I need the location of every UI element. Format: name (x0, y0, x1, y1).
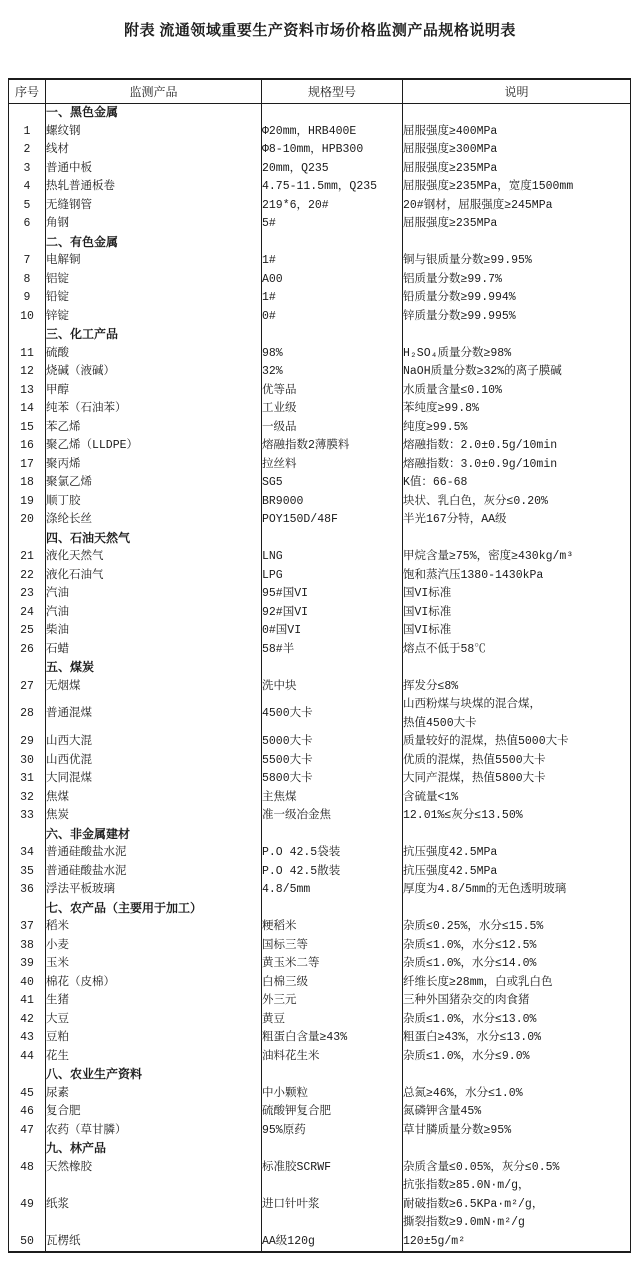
row-no (9, 530, 46, 549)
product-name: 汽油 (46, 585, 262, 604)
product-name: 豆粕 (46, 1029, 262, 1048)
desc-text: 12.01%≤灰分≤13.50% (403, 807, 631, 826)
product-row: 1螺纹钢Φ20mm，HRB400E屈服强度≥400MPa (9, 123, 631, 142)
desc-text: 熔融指数：2.0±0.5g/10min (403, 437, 631, 456)
desc-text: 半光167分特，AA级 (403, 511, 631, 530)
product-name: 普通硅酸盐水泥 (46, 863, 262, 882)
spec-value: 32% (262, 363, 403, 382)
spec-value: 白棉三级 (262, 974, 403, 993)
product-name: 涤纶长丝 (46, 511, 262, 530)
product-row: 44花生油料花生米杂质≤1.0%，水分≤9.0% (9, 1048, 631, 1067)
spec-value: 优等品 (262, 382, 403, 401)
desc-text: 杂质≤1.0%，水分≤12.5% (403, 937, 631, 956)
product-row: 27无烟煤洗中块挥发分≤8% (9, 678, 631, 697)
product-row: 29山西大混5000大卡质量较好的混煤，热值5000大卡 (9, 733, 631, 752)
row-no: 48 (9, 1159, 46, 1178)
desc-text: 饱和蒸汽压1380-1430kPa (403, 567, 631, 586)
spec-value: 0#国VI (262, 622, 403, 641)
product-row: 47农药（草甘膦）95%原药草甘膦质量分数≥95% (9, 1122, 631, 1141)
desc-text: 纯度≥99.5% (403, 419, 631, 438)
section-label: 九、林产品 (46, 1140, 262, 1159)
spec-cell (262, 1140, 403, 1159)
product-row: 6角钢5#屈服强度≥235MPa (9, 215, 631, 234)
product-row: 12烧碱（液碱）32%NaOH质量分数≥32%的离子膜碱 (9, 363, 631, 382)
product-row: 33焦炭准一级冶金焦12.01%≤灰分≤13.50% (9, 807, 631, 826)
row-no: 46 (9, 1103, 46, 1122)
spec-value: AA级120g (262, 1233, 403, 1253)
spec-value: LPG (262, 567, 403, 586)
spec-value: 219*6，20# (262, 197, 403, 216)
product-row: 34普通硅酸盐水泥P.O 42.5袋装抗压强度42.5MPa (9, 844, 631, 863)
product-name: 甲醇 (46, 382, 262, 401)
product-row: 8铝锭A00铝质量分数≥99.7% (9, 271, 631, 290)
product-row: 18聚氯乙烯SG5K值：66-68 (9, 474, 631, 493)
row-no: 10 (9, 308, 46, 327)
product-row: 15苯乙烯一级品纯度≥99.5% (9, 419, 631, 438)
section-row: 七、农产品（主要用于加工） (9, 900, 631, 919)
product-row: 42大豆黄豆杂质≤1.0%，水分≤13.0% (9, 1011, 631, 1030)
product-row: 50瓦楞纸AA级120g120±5g/m² (9, 1233, 631, 1253)
product-name: 柴油 (46, 622, 262, 641)
product-name: 聚丙烯 (46, 456, 262, 475)
row-no: 18 (9, 474, 46, 493)
spec-value: POY150D/48F (262, 511, 403, 530)
desc-text: 厚度为4.8/5mm的无色透明玻璃 (403, 881, 631, 900)
product-row: 41生猪外三元三种外国猪杂交的肉食猪 (9, 992, 631, 1011)
product-name: 液化石油气 (46, 567, 262, 586)
row-no: 13 (9, 382, 46, 401)
product-row: 20涤纶长丝POY150D/48F半光167分特，AA级 (9, 511, 631, 530)
desc-text: 山西粉煤与块煤的混合煤， 热值4500大卡 (403, 696, 631, 733)
table-body: 一、黑色金属1螺纹钢Φ20mm，HRB400E屈服强度≥400MPa2线材Φ8-… (9, 104, 631, 1253)
product-row: 11硫酸98%H₂SO₄质量分数≥98% (9, 345, 631, 364)
spec-value: 粗蛋白含量≥43% (262, 1029, 403, 1048)
product-name: 锌锭 (46, 308, 262, 327)
section-row: 一、黑色金属 (9, 104, 631, 123)
section-row: 八、农业生产资料 (9, 1066, 631, 1085)
row-no: 12 (9, 363, 46, 382)
spec-value: 5800大卡 (262, 770, 403, 789)
spec-value: 进口针叶浆 (262, 1177, 403, 1233)
desc-text: 抗张指数≥85.0N·m/g， 耐破指数≥6.5KPa·m²/g， 撕裂指数≥9… (403, 1177, 631, 1233)
spec-value: 标准胶SCRWF (262, 1159, 403, 1178)
desc-text: 挥发分≤8% (403, 678, 631, 697)
desc-text: 锌质量分数≥99.995% (403, 308, 631, 327)
desc-text: 杂质≤1.0%，水分≤9.0% (403, 1048, 631, 1067)
product-row: 13甲醇优等品水质量含量≤0.10% (9, 382, 631, 401)
product-name: 玉米 (46, 955, 262, 974)
row-no: 3 (9, 160, 46, 179)
desc-text: 杂质≤1.0%，水分≤13.0% (403, 1011, 631, 1030)
row-no: 1 (9, 123, 46, 142)
desc-cell (403, 326, 631, 345)
row-no: 11 (9, 345, 46, 364)
row-no: 14 (9, 400, 46, 419)
section-label: 五、煤炭 (46, 659, 262, 678)
product-name: 聚乙烯（LLDPE） (46, 437, 262, 456)
desc-text: H₂SO₄质量分数≥98% (403, 345, 631, 364)
product-name: 小麦 (46, 937, 262, 956)
product-row: 39玉米黄玉米二等杂质≤1.0%，水分≤14.0% (9, 955, 631, 974)
col-header-product: 监测产品 (46, 79, 262, 104)
product-name: 生猪 (46, 992, 262, 1011)
row-no: 34 (9, 844, 46, 863)
spec-table: 序号 监测产品 规格型号 说明 一、黑色金属1螺纹钢Φ20mm，HRB400E屈… (8, 78, 631, 1253)
product-row: 40棉花（皮棉）白棉三级纤维长度≥28mm，白或乳白色 (9, 974, 631, 993)
desc-cell (403, 234, 631, 253)
spec-cell (262, 1066, 403, 1085)
spec-value: BR9000 (262, 493, 403, 512)
row-no: 20 (9, 511, 46, 530)
product-row: 43豆粕粗蛋白含量≥43%粗蛋白≥43%，水分≤13.0% (9, 1029, 631, 1048)
spec-value: P.O 42.5散装 (262, 863, 403, 882)
product-row: 21液化天然气LNG甲烷含量≥75%，密度≥430kg/m³ (9, 548, 631, 567)
desc-cell (403, 530, 631, 549)
spec-value: 92#国VI (262, 604, 403, 623)
row-no: 39 (9, 955, 46, 974)
desc-text: 质量较好的混煤，热值5000大卡 (403, 733, 631, 752)
row-no: 44 (9, 1048, 46, 1067)
product-name: 大豆 (46, 1011, 262, 1030)
spec-value: 98% (262, 345, 403, 364)
section-row: 九、林产品 (9, 1140, 631, 1159)
product-name: 石蜡 (46, 641, 262, 660)
desc-cell (403, 1066, 631, 1085)
section-label: 八、农业生产资料 (46, 1066, 262, 1085)
product-row: 4热轧普通板卷4.75-11.5mm，Q235屈服强度≥235MPa，宽度150… (9, 178, 631, 197)
desc-text: 纤维长度≥28mm，白或乳白色 (403, 974, 631, 993)
product-row: 31大同混煤5800大卡大同产混煤，热值5800大卡 (9, 770, 631, 789)
row-no: 21 (9, 548, 46, 567)
product-name: 苯乙烯 (46, 419, 262, 438)
spec-value: 5000大卡 (262, 733, 403, 752)
section-label: 一、黑色金属 (46, 104, 262, 123)
product-name: 山西大混 (46, 733, 262, 752)
product-row: 10锌锭0#锌质量分数≥99.995% (9, 308, 631, 327)
row-no: 35 (9, 863, 46, 882)
spec-value: 1# (262, 289, 403, 308)
desc-text: 草甘膦质量分数≥95% (403, 1122, 631, 1141)
row-no (9, 326, 46, 345)
product-row: 22液化石油气LPG饱和蒸汽压1380-1430kPa (9, 567, 631, 586)
product-row: 19顺丁胶BR9000块状、乳白色，灰分≤0.20% (9, 493, 631, 512)
product-row: 9铅锭1#铅质量分数≥99.994% (9, 289, 631, 308)
product-row: 24汽油92#国VI国VI标准 (9, 604, 631, 623)
product-row: 17聚丙烯拉丝料熔融指数：3.0±0.9g/10min (9, 456, 631, 475)
row-no: 5 (9, 197, 46, 216)
product-name: 天然橡胶 (46, 1159, 262, 1178)
spec-value: 油料花生米 (262, 1048, 403, 1067)
product-name: 线材 (46, 141, 262, 160)
row-no: 38 (9, 937, 46, 956)
desc-text: 屈服强度≥400MPa (403, 123, 631, 142)
spec-value: Φ8-10mm，HPB300 (262, 141, 403, 160)
desc-text: 大同产混煤，热值5800大卡 (403, 770, 631, 789)
row-no: 7 (9, 252, 46, 271)
product-name: 瓦楞纸 (46, 1233, 262, 1253)
desc-text: 铝质量分数≥99.7% (403, 271, 631, 290)
product-name: 铝锭 (46, 271, 262, 290)
col-header-spec: 规格型号 (262, 79, 403, 104)
product-row: 45尿素中小颗粒总氮≥46%，水分≤1.0% (9, 1085, 631, 1104)
desc-text: 杂质≤0.25%，水分≤15.5% (403, 918, 631, 937)
section-row: 五、煤炭 (9, 659, 631, 678)
row-no: 17 (9, 456, 46, 475)
section-row: 四、石油天然气 (9, 530, 631, 549)
spec-value: 0# (262, 308, 403, 327)
row-no: 40 (9, 974, 46, 993)
row-no: 30 (9, 752, 46, 771)
spec-value: 拉丝料 (262, 456, 403, 475)
desc-text: 国VI标准 (403, 604, 631, 623)
spec-value: 黄豆 (262, 1011, 403, 1030)
desc-text: 粗蛋白≥43%，水分≤13.0% (403, 1029, 631, 1048)
spec-value: SG5 (262, 474, 403, 493)
row-no: 25 (9, 622, 46, 641)
desc-text: 优质的混煤，热值5500大卡 (403, 752, 631, 771)
row-no: 36 (9, 881, 46, 900)
table-header-row: 序号 监测产品 规格型号 说明 (9, 79, 631, 104)
desc-text: 苯纯度≥99.8% (403, 400, 631, 419)
row-no (9, 1140, 46, 1159)
desc-cell (403, 826, 631, 845)
desc-cell (403, 900, 631, 919)
product-name: 纸浆 (46, 1177, 262, 1233)
spec-value: 58#半 (262, 641, 403, 660)
product-name: 尿素 (46, 1085, 262, 1104)
spec-value: 20mm，Q235 (262, 160, 403, 179)
desc-text: 氮磷钾含量45% (403, 1103, 631, 1122)
spec-cell (262, 326, 403, 345)
desc-text: 屈服强度≥235MPa，宽度1500mm (403, 178, 631, 197)
product-row: 46复合肥硫酸钾复合肥氮磷钾含量45% (9, 1103, 631, 1122)
desc-cell (403, 1140, 631, 1159)
document-page: 附表 流通领域重要生产资料市场价格监测产品规格说明表 序号 监测产品 规格型号 … (0, 0, 640, 1280)
product-row: 36浮法平板玻璃4.8/5mm厚度为4.8/5mm的无色透明玻璃 (9, 881, 631, 900)
row-no: 8 (9, 271, 46, 290)
spec-value: A00 (262, 271, 403, 290)
product-name: 浮法平板玻璃 (46, 881, 262, 900)
row-no: 23 (9, 585, 46, 604)
row-no: 9 (9, 289, 46, 308)
desc-cell (403, 659, 631, 678)
desc-text: 120±5g/m² (403, 1233, 631, 1253)
product-name: 聚氯乙烯 (46, 474, 262, 493)
row-no: 41 (9, 992, 46, 1011)
desc-text: 块状、乳白色，灰分≤0.20% (403, 493, 631, 512)
desc-text: 国VI标准 (403, 622, 631, 641)
spec-value: 黄玉米二等 (262, 955, 403, 974)
product-name: 硫酸 (46, 345, 262, 364)
spec-cell (262, 104, 403, 123)
product-row: 37稻米粳稻米杂质≤0.25%，水分≤15.5% (9, 918, 631, 937)
spec-cell (262, 659, 403, 678)
product-row: 26石蜡58#半熔点不低于58℃ (9, 641, 631, 660)
product-row: 49纸浆进口针叶浆抗张指数≥85.0N·m/g， 耐破指数≥6.5KPa·m²/… (9, 1177, 631, 1233)
product-name: 电解铜 (46, 252, 262, 271)
product-name: 棉花（皮棉） (46, 974, 262, 993)
spec-cell (262, 530, 403, 549)
desc-text: 国VI标准 (403, 585, 631, 604)
row-no: 16 (9, 437, 46, 456)
product-name: 稻米 (46, 918, 262, 937)
spec-value: 4.75-11.5mm，Q235 (262, 178, 403, 197)
product-name: 角钢 (46, 215, 262, 234)
spec-cell (262, 900, 403, 919)
row-no: 4 (9, 178, 46, 197)
row-no (9, 234, 46, 253)
desc-text: 铜与银质量分数≥99.95% (403, 252, 631, 271)
product-name: 山西优混 (46, 752, 262, 771)
spec-cell (262, 234, 403, 253)
spec-value: 5# (262, 215, 403, 234)
desc-text: 三种外国猪杂交的肉食猪 (403, 992, 631, 1011)
product-name: 普通混煤 (46, 696, 262, 733)
product-name: 螺纹钢 (46, 123, 262, 142)
row-no: 24 (9, 604, 46, 623)
row-no (9, 900, 46, 919)
row-no: 43 (9, 1029, 46, 1048)
spec-value: 1# (262, 252, 403, 271)
row-no: 31 (9, 770, 46, 789)
spec-value: 4.8/5mm (262, 881, 403, 900)
product-name: 焦炭 (46, 807, 262, 826)
product-name: 顺丁胶 (46, 493, 262, 512)
product-name: 铅锭 (46, 289, 262, 308)
desc-text: 水质量含量≤0.10% (403, 382, 631, 401)
spec-value: 中小颗粒 (262, 1085, 403, 1104)
row-no: 19 (9, 493, 46, 512)
spec-value: P.O 42.5袋装 (262, 844, 403, 863)
row-no (9, 104, 46, 123)
desc-text: 含硫量<1% (403, 789, 631, 808)
spec-value: 国标三等 (262, 937, 403, 956)
product-row: 32焦煤主焦煤含硫量<1% (9, 789, 631, 808)
desc-text: 甲烷含量≥75%，密度≥430kg/m³ (403, 548, 631, 567)
section-label: 二、有色金属 (46, 234, 262, 253)
row-no: 26 (9, 641, 46, 660)
product-row: 2线材Φ8-10mm，HPB300屈服强度≥300MPa (9, 141, 631, 160)
row-no: 37 (9, 918, 46, 937)
desc-text: NaOH质量分数≥32%的离子膜碱 (403, 363, 631, 382)
row-no: 33 (9, 807, 46, 826)
row-no (9, 826, 46, 845)
desc-text: 抗压强度42.5MPa (403, 863, 631, 882)
spec-value: 硫酸钾复合肥 (262, 1103, 403, 1122)
section-label: 六、非金属建材 (46, 826, 262, 845)
desc-text: 屈服强度≥235MPa (403, 215, 631, 234)
row-no: 22 (9, 567, 46, 586)
section-row: 二、有色金属 (9, 234, 631, 253)
desc-text: K值：66-68 (403, 474, 631, 493)
row-no: 49 (9, 1177, 46, 1233)
col-header-no: 序号 (9, 79, 46, 104)
section-label: 三、化工产品 (46, 326, 262, 345)
product-row: 7电解铜1#铜与银质量分数≥99.95% (9, 252, 631, 271)
row-no (9, 1066, 46, 1085)
spec-value: 洗中块 (262, 678, 403, 697)
section-row: 六、非金属建材 (9, 826, 631, 845)
spec-value: 95#国VI (262, 585, 403, 604)
section-row: 三、化工产品 (9, 326, 631, 345)
page-title: 附表 流通领域重要生产资料市场价格监测产品规格说明表 (0, 0, 640, 41)
row-no: 6 (9, 215, 46, 234)
desc-text: 铅质量分数≥99.994% (403, 289, 631, 308)
product-row: 23汽油95#国VI国VI标准 (9, 585, 631, 604)
product-name: 无缝钢管 (46, 197, 262, 216)
spec-value: 4500大卡 (262, 696, 403, 733)
desc-cell (403, 104, 631, 123)
spec-value: 外三元 (262, 992, 403, 1011)
row-no: 27 (9, 678, 46, 697)
spec-value: 主焦煤 (262, 789, 403, 808)
product-row: 14纯苯（石油苯）工业级苯纯度≥99.8% (9, 400, 631, 419)
spec-value: 准一级冶金焦 (262, 807, 403, 826)
spec-value: 粳稻米 (262, 918, 403, 937)
product-name: 无烟煤 (46, 678, 262, 697)
row-no: 45 (9, 1085, 46, 1104)
spec-cell (262, 826, 403, 845)
product-name: 焦煤 (46, 789, 262, 808)
desc-text: 总氮≥46%，水分≤1.0% (403, 1085, 631, 1104)
row-no: 42 (9, 1011, 46, 1030)
spec-value: 95%原药 (262, 1122, 403, 1141)
row-no: 47 (9, 1122, 46, 1141)
row-no: 15 (9, 419, 46, 438)
desc-text: 20#钢材，屈服强度≥245MPa (403, 197, 631, 216)
product-row: 30山西优混5500大卡优质的混煤，热值5500大卡 (9, 752, 631, 771)
row-no: 29 (9, 733, 46, 752)
product-row: 28普通混煤4500大卡山西粉煤与块煤的混合煤， 热值4500大卡 (9, 696, 631, 733)
spec-value: 工业级 (262, 400, 403, 419)
col-header-desc: 说明 (403, 79, 631, 104)
product-row: 16聚乙烯（LLDPE）熔融指数2薄膜料熔融指数：2.0±0.5g/10min (9, 437, 631, 456)
product-name: 普通硅酸盐水泥 (46, 844, 262, 863)
product-row: 3普通中板20mm，Q235屈服强度≥235MPa (9, 160, 631, 179)
desc-text: 熔点不低于58℃ (403, 641, 631, 660)
product-name: 汽油 (46, 604, 262, 623)
row-no: 28 (9, 696, 46, 733)
row-no (9, 659, 46, 678)
section-label: 七、农产品（主要用于加工） (46, 900, 262, 919)
product-row: 35普通硅酸盐水泥P.O 42.5散装抗压强度42.5MPa (9, 863, 631, 882)
spec-value: 5500大卡 (262, 752, 403, 771)
section-label: 四、石油天然气 (46, 530, 262, 549)
product-name: 纯苯（石油苯） (46, 400, 262, 419)
product-name: 热轧普通板卷 (46, 178, 262, 197)
desc-text: 屈服强度≥300MPa (403, 141, 631, 160)
product-row: 5无缝钢管219*6，20#20#钢材，屈服强度≥245MPa (9, 197, 631, 216)
product-name: 复合肥 (46, 1103, 262, 1122)
product-row: 38小麦国标三等杂质≤1.0%，水分≤12.5% (9, 937, 631, 956)
desc-text: 杂质含量≤0.05%，灰分≤0.5% (403, 1159, 631, 1178)
spec-value: 一级品 (262, 419, 403, 438)
desc-text: 熔融指数：3.0±0.9g/10min (403, 456, 631, 475)
spec-value: 熔融指数2薄膜料 (262, 437, 403, 456)
row-no: 50 (9, 1233, 46, 1253)
product-row: 48天然橡胶标准胶SCRWF杂质含量≤0.05%，灰分≤0.5% (9, 1159, 631, 1178)
row-no: 2 (9, 141, 46, 160)
product-name: 花生 (46, 1048, 262, 1067)
row-no: 32 (9, 789, 46, 808)
spec-value: Φ20mm，HRB400E (262, 123, 403, 142)
product-name: 烧碱（液碱） (46, 363, 262, 382)
product-name: 普通中板 (46, 160, 262, 179)
product-name: 大同混煤 (46, 770, 262, 789)
desc-text: 屈服强度≥235MPa (403, 160, 631, 179)
product-row: 25柴油0#国VI国VI标准 (9, 622, 631, 641)
spec-value: LNG (262, 548, 403, 567)
